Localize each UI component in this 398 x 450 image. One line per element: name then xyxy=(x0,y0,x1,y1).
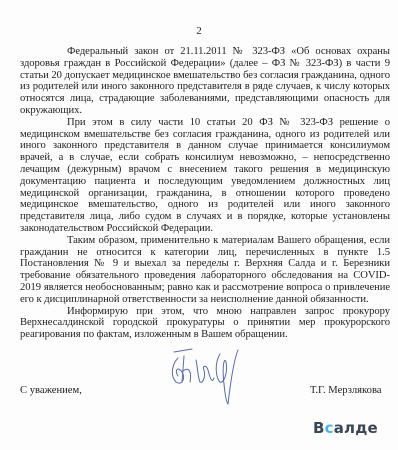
vsalde-watermark-logo: Всалде xyxy=(313,419,378,437)
paragraph-consilium: При этом в силу части 10 статьи 20 ФЗ № … xyxy=(20,117,390,235)
logo-prefix: В xyxy=(313,419,325,437)
paragraph-conclusion: Таким образом, применительно к материала… xyxy=(20,235,390,306)
closing-phrase: С уважением, xyxy=(20,385,82,396)
paragraph-prosecutor-request: Информирую при этом, что мною направлен … xyxy=(20,306,390,341)
paragraph-law-reference: Федеральный закон от 21.11.2011 № 323-ФЗ… xyxy=(20,46,390,117)
signer-name: Т.Г. Мерзлякова xyxy=(310,385,382,396)
document-page: 2 Федеральный закон от 21.11.2011 № 323-… xyxy=(0,0,398,450)
location-pin-icon: с xyxy=(325,419,334,437)
document-body: Федеральный закон от 21.11.2011 № 323-ФЗ… xyxy=(20,46,390,341)
logo-suffix: алде xyxy=(334,419,378,437)
signature-icon xyxy=(168,348,248,406)
page-number: 2 xyxy=(0,25,398,37)
